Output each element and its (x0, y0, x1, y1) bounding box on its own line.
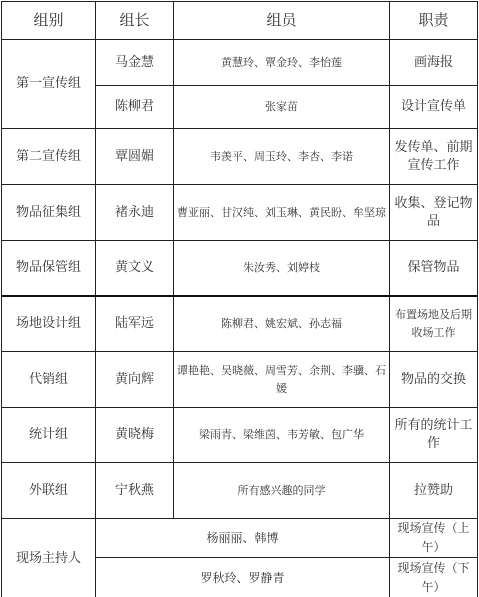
table-row: 现场主持人 杨丽丽、韩博 现场宣传（上午） (2, 519, 478, 558)
header-group: 组别 (2, 2, 96, 40)
members-cell: 朱汝秀、刘婷枝 (174, 241, 390, 296)
group-cell: 统计组 (2, 408, 96, 463)
group-cell: 外联组 (2, 463, 96, 519)
members-cell: 梁雨青、梁维茵、韦芳敏、包广华 (174, 408, 390, 463)
header-duty: 职责 (390, 2, 478, 40)
members-cell: 韦羡平、周玉玲、李杏、李诺 (174, 129, 390, 185)
group-cell: 现场主持人 (2, 519, 96, 597)
duty-cell: 保管物品 (390, 241, 478, 296)
leader-cell: 覃圆媚 (96, 129, 174, 185)
leader-cell: 陆军远 (96, 296, 174, 352)
group-cell: 第二宣传组 (2, 129, 96, 185)
group-cell: 第一宣传组 (2, 40, 96, 129)
leader-cell: 黄向辉 (96, 352, 174, 408)
members-cell: 杨丽丽、韩博 (96, 519, 390, 558)
duty-cell: 现场宣传（上午） (390, 519, 478, 558)
duty-cell: 拉赞助 (390, 463, 478, 519)
leader-cell: 黄晓梅 (96, 408, 174, 463)
duty-cell: 物品的交换 (390, 352, 478, 408)
table-row: 第一宣传组 马金慧 黄慧玲、覃金玲、李怡莲 画海报 (2, 40, 478, 86)
group-cell: 物品征集组 (2, 185, 96, 241)
group-cell: 场地设计组 (2, 296, 96, 352)
leader-cell: 马金慧 (96, 40, 174, 86)
leader-cell: 褚永迪 (96, 185, 174, 241)
duty-cell: 收集、登记物品 (390, 185, 478, 241)
table-row: 物品征集组 褚永迪 曹亚丽、甘汉纯、刘玉琳、黄民盼、牟坚琼 收集、登记物品 (2, 185, 478, 241)
members-cell: 陈柳君、姚宏斌、孙志福 (174, 296, 390, 352)
duty-cell: 画海报 (390, 40, 478, 86)
leader-cell: 黄文义 (96, 241, 174, 296)
header-row: 组别 组长 组员 职责 (2, 2, 478, 40)
group-cell: 代销组 (2, 352, 96, 408)
members-cell: 张家苗 (174, 86, 390, 129)
members-cell: 曹亚丽、甘汉纯、刘玉琳、黄民盼、牟坚琼 (174, 185, 390, 241)
members-cell: 谭艳艳、吴晓薇、周雪芳、余荆、李骥、石媛 (174, 352, 390, 408)
table-row: 场地设计组 陆军远 陈柳君、姚宏斌、孙志福 布置场地及后期收场工作 (2, 296, 478, 352)
table-row: 外联组 宁秋燕 所有感兴趣的同学 拉赞助 (2, 463, 478, 519)
table-row: 第二宣传组 覃圆媚 韦羡平、周玉玲、李杏、李诺 发传单、前期宣传工作 (2, 129, 478, 185)
table-row: 代销组 黄向辉 谭艳艳、吴晓薇、周雪芳、余荆、李骥、石媛 物品的交换 (2, 352, 478, 408)
table-row: 物品保管组 黄文义 朱汝秀、刘婷枝 保管物品 (2, 241, 478, 296)
leader-cell: 陈柳君 (96, 86, 174, 129)
duty-cell: 所有的统计工作 (390, 408, 478, 463)
header-leader: 组长 (96, 2, 174, 40)
members-cell: 所有感兴趣的同学 (174, 463, 390, 519)
duty-cell: 布置场地及后期收场工作 (390, 296, 478, 352)
members-cell: 黄慧玲、覃金玲、李怡莲 (174, 40, 390, 86)
duty-cell: 设计宣传单 (390, 86, 478, 129)
group-cell: 物品保管组 (2, 241, 96, 296)
duty-cell: 发传单、前期宣传工作 (390, 129, 478, 185)
duty-cell: 现场宣传（下午） (390, 558, 478, 597)
leader-cell: 宁秋燕 (96, 463, 174, 519)
table-row: 统计组 黄晓梅 梁雨青、梁维茵、韦芳敏、包广华 所有的统计工作 (2, 408, 478, 463)
group-assignment-table: 组别 组长 组员 职责 第一宣传组 马金慧 黄慧玲、覃金玲、李怡莲 画海报 陈柳… (1, 1, 478, 597)
members-cell: 罗秋玲、罗静青 (96, 558, 390, 597)
header-members: 组员 (174, 2, 390, 40)
